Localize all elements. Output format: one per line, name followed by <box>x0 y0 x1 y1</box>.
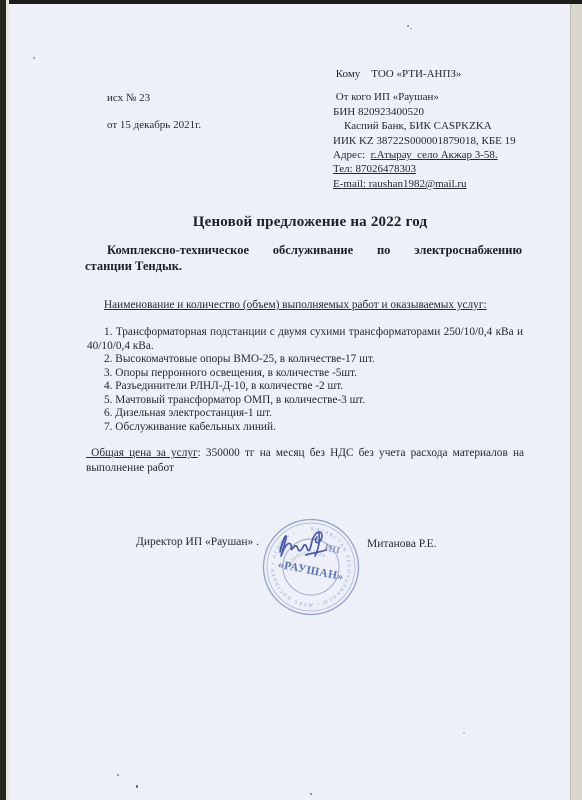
outgoing-number: исх № 23 <box>107 91 201 105</box>
scan-speck <box>136 785 138 788</box>
scan-edge-left-highlight <box>6 0 9 800</box>
sender-phone-line: Тел: 87026478303 <box>333 162 516 176</box>
service-item-1-line1: 1. Трансформаторная подстанции с двумя с… <box>87 326 523 340</box>
sender-address-line: Адрес: г.Атырау село Акжар 3-58. <box>333 148 516 162</box>
company-stamp: ҚАЗАҚСТАН РЕСПУБЛИКАСЫ • ЖЕКЕ КӘСІПКЕР •… <box>258 514 364 620</box>
scan-edge-right <box>570 0 582 800</box>
sender-iik-line: ИИК KZ 38722S000001879018, КБЕ 19 <box>333 134 516 148</box>
scan-speck <box>463 732 465 734</box>
service-item-3: 3. Опоры перронного освещения, в количес… <box>87 367 523 381</box>
sender-bin-line: БИН 820923400520 <box>333 105 516 119</box>
service-item-7: 7. Обслуживание кабельных линий. <box>87 421 523 435</box>
signature-role: Директор ИП «Раушан» . <box>136 536 259 548</box>
price-line2: выполнение работ <box>86 461 524 476</box>
scanned-document-page: Кому ТОО «РТИ-АНПЗ» От кого ИП «Раушан» … <box>0 0 582 800</box>
spacer <box>333 81 516 90</box>
service-item-2: 2. Высокомачтовые опоры ВМО-25, в количе… <box>87 353 523 367</box>
address-label: Адрес: <box>333 149 371 161</box>
sender-email-line: E-mail: raushan1982@mail.ru <box>333 177 516 191</box>
subject-line1: Комплексно-техническое обслуживание по э… <box>85 243 522 259</box>
header-outgoing-block: исх № 23 от 15 декабрь 2021г. <box>107 91 201 133</box>
header-recipient-block: Кому ТОО «РТИ-АНПЗ» От кого ИП «Раушан» … <box>333 67 516 191</box>
document-title: Ценовой предложение на 2022 год <box>85 214 535 231</box>
service-item-5: 5. Мачтовый трансформатор ОМП, в количес… <box>87 394 523 408</box>
stamp-company-name: «РАУШАН» <box>277 559 345 584</box>
signature-name: Митанова Р.Е. <box>367 538 437 550</box>
service-item-4: 4. Разъединители РЛНЛ-Д-10, в количестве… <box>87 380 523 394</box>
services-heading: Наименование и количество (объем) выполн… <box>104 299 487 311</box>
scan-edge-top <box>0 0 582 4</box>
price-value-text: : 350000 тг на месяц без НДС без учета р… <box>198 447 524 459</box>
service-item-6: 6. Дизельная электростанция-1 шт. <box>87 407 523 421</box>
scan-speck <box>407 25 409 27</box>
services-list: 1. Трансформаторная подстанции с двумя с… <box>87 326 523 434</box>
spacer <box>107 105 201 118</box>
scan-speck <box>33 57 35 59</box>
recipient-line: Кому ТОО «РТИ-АНПЗ» <box>333 67 516 81</box>
subject-paragraph: Комплексно-техническое обслуживание по э… <box>85 243 522 274</box>
sender-bank-line: Каспий Банк, БИК CASPKZKA <box>333 119 516 133</box>
price-paragraph: Общая цена за услуг: 350000 тг на месяц … <box>86 446 524 476</box>
stamp-seal-graphic: ҚАЗАҚСТАН РЕСПУБЛИКАСЫ • ЖЕКЕ КӘСІПКЕР •… <box>258 514 364 620</box>
price-label: Общая цена за услуг <box>86 447 198 459</box>
service-item-1-line2: 40/10/0,4 кВа. <box>87 340 523 354</box>
scan-speck <box>310 793 312 795</box>
subject-line2: станции Тендык. <box>85 259 522 275</box>
price-line1: Общая цена за услуг: 350000 тг на месяц … <box>86 446 524 461</box>
address-value: г.Атырау село Акжар 3-58. <box>371 149 498 161</box>
document-date: от 15 декабрь 2021г. <box>107 118 201 132</box>
scan-speck <box>117 774 119 776</box>
sender-from-line: От кого ИП «Раушан» <box>333 90 516 104</box>
scan-speck <box>410 28 412 29</box>
